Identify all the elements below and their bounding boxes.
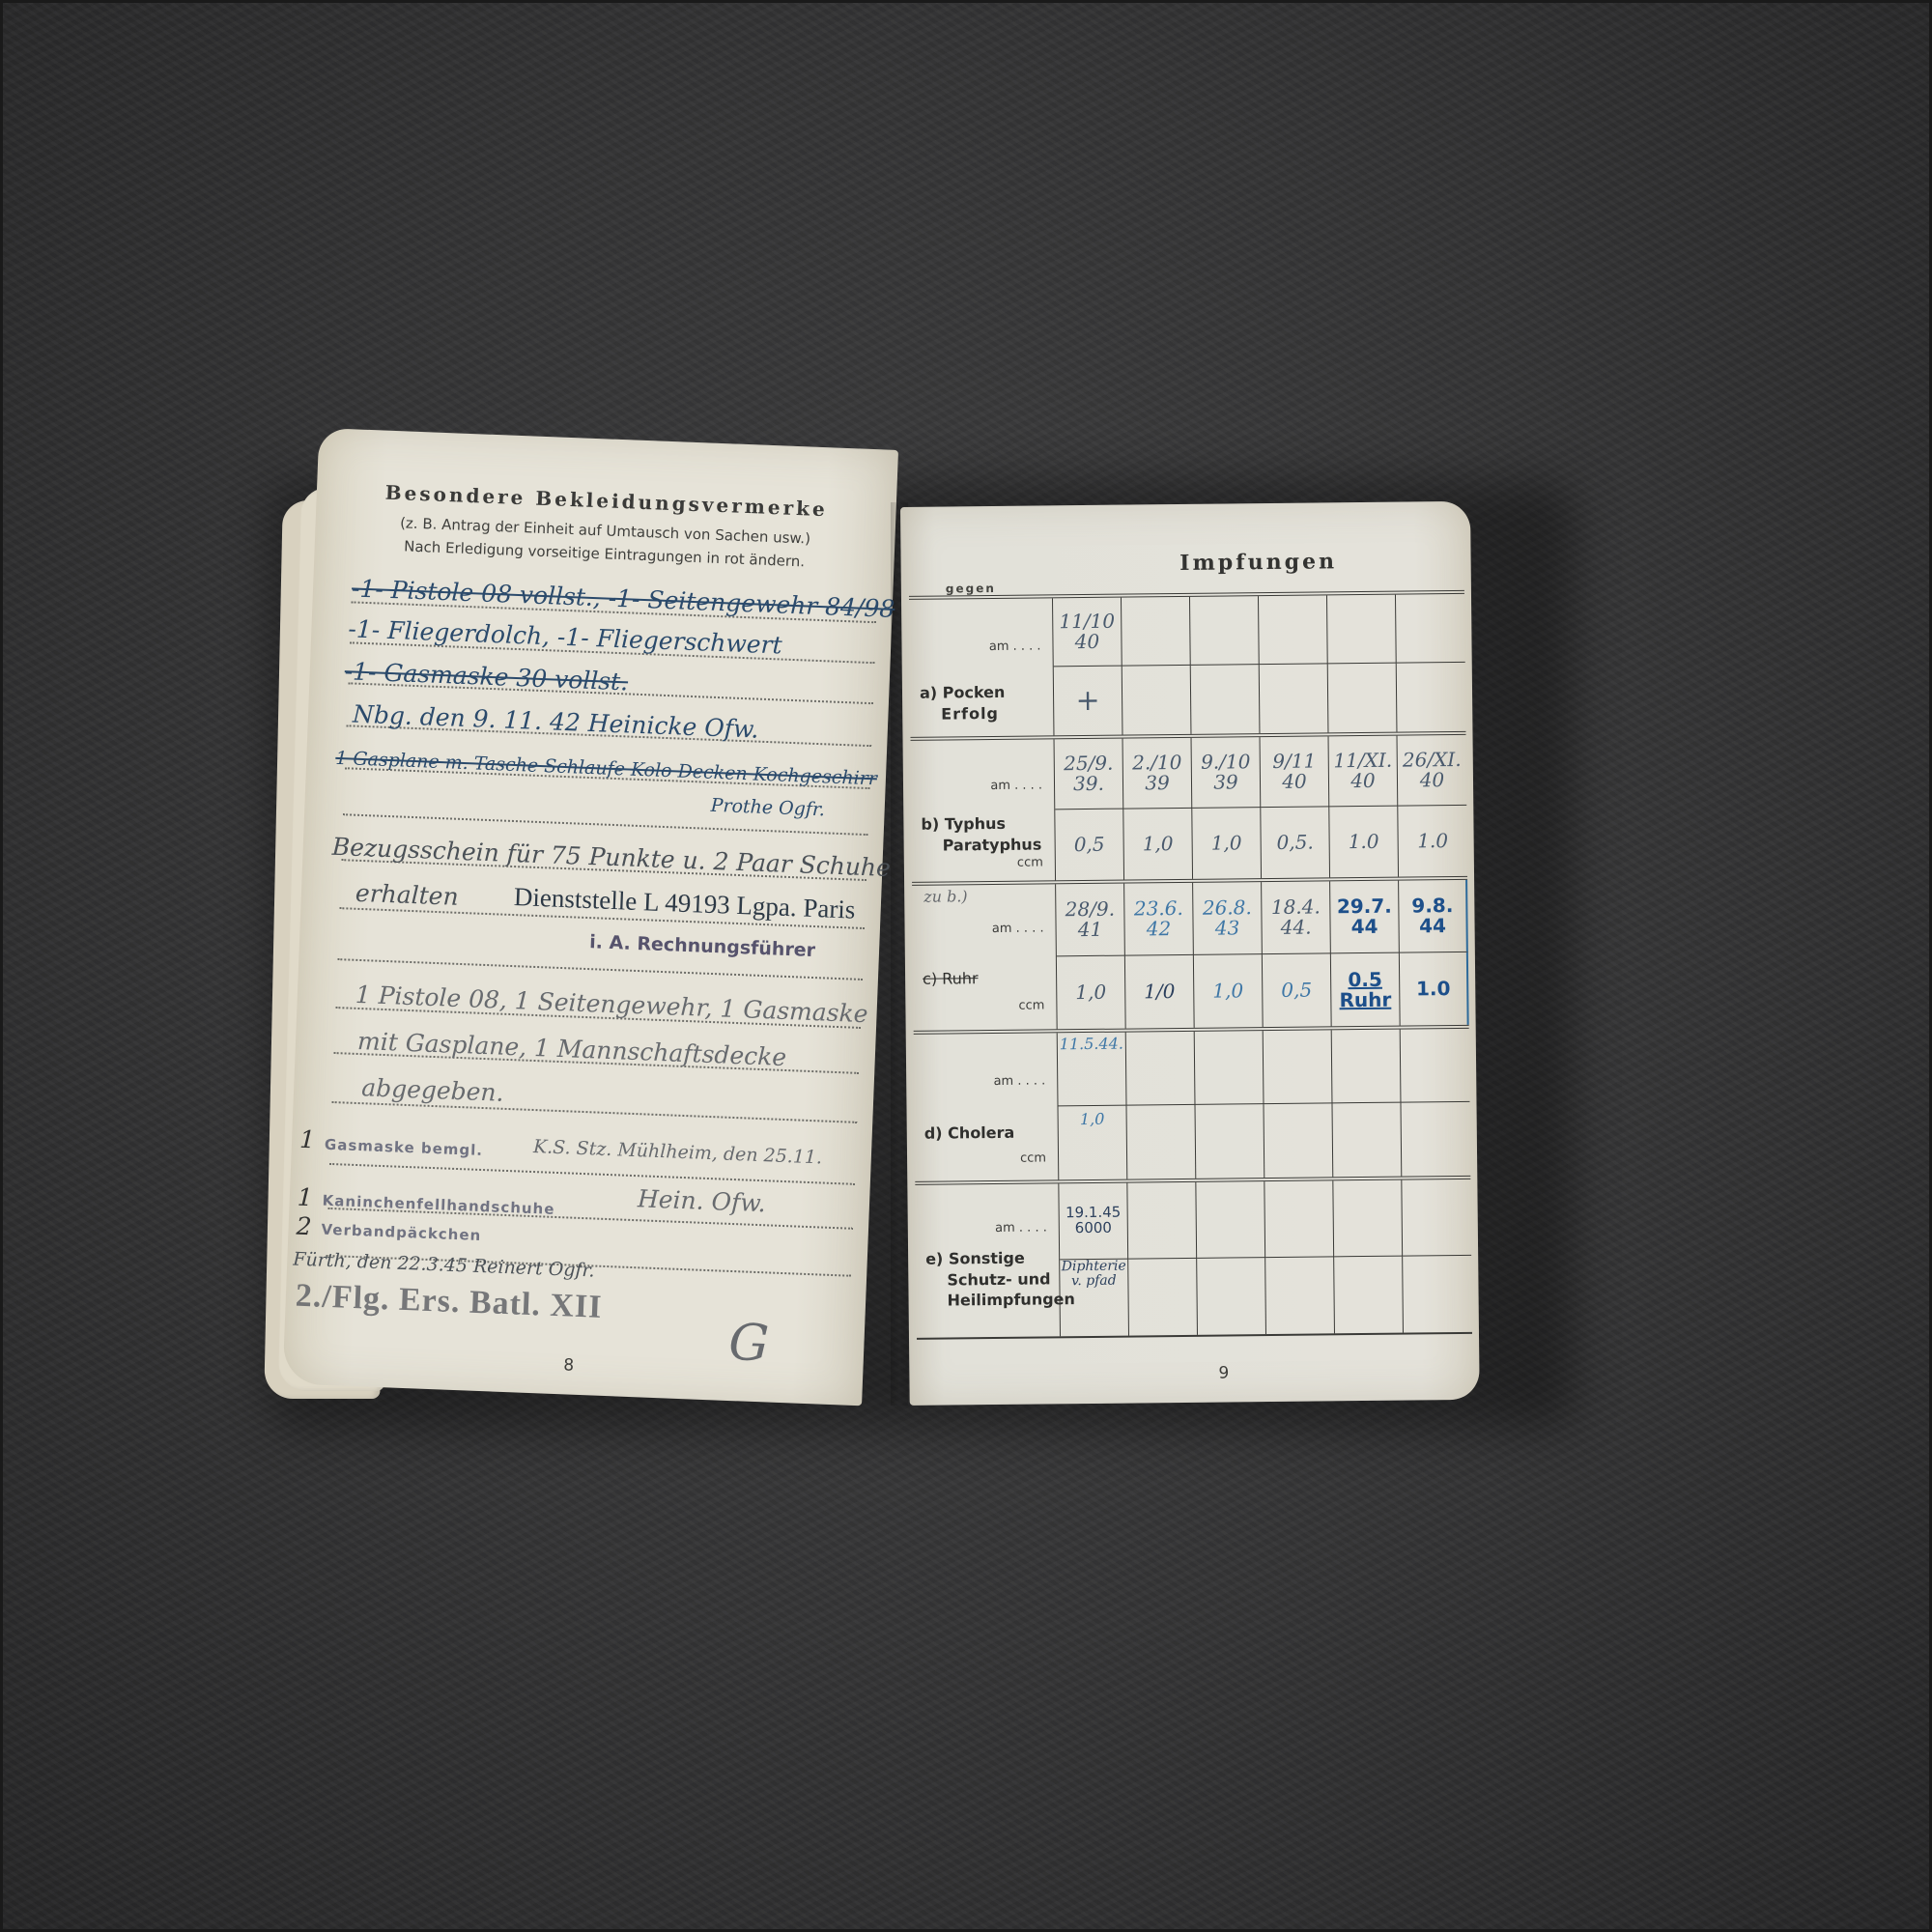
vaccine-name: d) Cholera <box>924 1122 1015 1145</box>
value-cell <box>1260 664 1329 733</box>
entry-line: -1- Gasmaske 30 vollst. <box>344 657 628 696</box>
value-cell <box>1265 1257 1335 1334</box>
item-stamp: Gasmaske bemgl. <box>325 1136 484 1159</box>
date-cell <box>1333 1180 1403 1258</box>
date-cell: 26/XI. 40 <box>1398 735 1467 807</box>
am-label: am . . . . <box>993 1073 1045 1089</box>
entry-line: -1- Pistole 08 vollst., -1- Seitengewehr… <box>352 574 895 623</box>
am-label: am . . . . <box>990 778 1042 793</box>
date-cell: 11/10 40 <box>1053 598 1122 668</box>
dose-cell: 0,5 <box>1055 810 1124 881</box>
date-cell: 11/XI. 40 <box>1329 736 1399 808</box>
vaccine-section-pocken: am . . . . a) Pocken Erfolg 11/10 40 <box>909 590 1465 737</box>
dose-cell: 1,0 <box>1192 808 1262 879</box>
date-cell: 23.6. 42 <box>1124 883 1194 956</box>
date-cell: 29.7. 44 <box>1330 881 1400 954</box>
am-label: am . . . . <box>995 1220 1047 1236</box>
vaccine-name: a) Pocken Erfolg <box>920 682 1006 724</box>
vaccine-section-ruhr: zu b.) am . . . . c) Ruhr ccm 28/9. 41 2… <box>912 876 1469 1031</box>
date-cell <box>1127 1182 1197 1260</box>
dose-cell: 1.0 <box>1398 806 1467 877</box>
dose-cell: 0.5 Ruhr <box>1331 953 1401 1027</box>
value-cell <box>1403 1256 1472 1333</box>
page-title: Impfungen <box>1045 548 1470 578</box>
date-cell <box>1259 595 1328 665</box>
vaccine-section-typhus: am . . . . b) Typhus Paratyphus ccm 25/9… <box>910 731 1467 882</box>
date-cell <box>1264 1030 1333 1104</box>
date-cell <box>1396 594 1465 664</box>
page-9: Impfungen gegen am . . . . a) Pocken Erf… <box>900 501 1480 1406</box>
vaccine-name: b) Typhus Paratyphus <box>921 812 1041 855</box>
value-cell <box>1334 1257 1404 1334</box>
entry-line: -1- Fliegerdolch, -1- Fliegerschwert <box>348 614 782 659</box>
date-cell: 11.5.44. <box>1058 1033 1127 1107</box>
date-cell: 19.1.45 6000 <box>1059 1183 1128 1261</box>
dose-cell: 1,0 <box>1123 809 1193 880</box>
date-cell: 9/11 40 <box>1261 736 1330 808</box>
dose-cell <box>1195 1104 1264 1179</box>
vaccine-name: c) Ruhr <box>923 968 979 989</box>
entry-line: K.S. Stz. Mühlheim, den 25.11. <box>533 1136 823 1168</box>
date-cell <box>1332 1030 1402 1104</box>
entry-line: Fürth, den 22.3.45 Reinert Ogfr. <box>293 1249 595 1282</box>
item-qty: 1 <box>299 1125 316 1154</box>
dose-cell <box>1401 1102 1470 1177</box>
date-cell <box>1122 597 1191 667</box>
date-cell <box>1327 595 1397 665</box>
entry-line: 1 Pistole 08, 1 Seitengewehr, 1 Gasmaske <box>355 980 868 1028</box>
office-stamp: Dienststelle L 49193 Lgpa. Paris <box>513 882 856 925</box>
ruled-line <box>332 1101 858 1123</box>
dose-cell: 1.0 <box>1400 952 1469 1026</box>
entry-signature: Prothe Ogfr. <box>710 795 825 821</box>
date-cell: 9.8. 44 <box>1399 880 1468 953</box>
date-cell: 2./10 39 <box>1123 738 1193 810</box>
item-qty: 1 <box>297 1183 313 1212</box>
entry-signature: Hein. Ofw. <box>638 1184 767 1217</box>
ruled-line <box>337 958 863 980</box>
item-stamp: Kaninchenfellhandschuhe <box>322 1192 554 1218</box>
date-cell <box>1126 1032 1196 1106</box>
page-number: 9 <box>1218 1363 1229 1382</box>
entry-line: abgegeben. <box>361 1073 504 1107</box>
date-cell: 26.8. 43 <box>1193 882 1263 955</box>
dose-cell: 1.0 <box>1329 807 1399 878</box>
value-cell <box>1197 1258 1266 1335</box>
page-number: 8 <box>563 1355 575 1375</box>
dose-cell <box>1264 1103 1333 1178</box>
ccm-label: ccm <box>1018 998 1044 1012</box>
date-cell: 9./10 39 <box>1192 737 1262 809</box>
vaccine-note-cell: Diphterie v. pfad <box>1060 1260 1129 1337</box>
dose-cell: 1,0 <box>1057 956 1126 1030</box>
ccm-label: ccm <box>1017 855 1043 869</box>
entry-line: 1 Gasplane m. Tasche Schlaufe Kolo Decke… <box>335 748 877 790</box>
date-cell <box>1402 1179 1471 1257</box>
entry-line: erhalten <box>355 879 459 911</box>
date-cell <box>1264 1180 1334 1258</box>
section-note: zu b.) <box>923 887 968 905</box>
ccm-label: ccm <box>1020 1151 1046 1165</box>
value-cell <box>1128 1259 1198 1336</box>
entry-line: Bezugsschein für 75 Punkte u. 2 Paar Sch… <box>331 833 891 882</box>
vaccine-name: e) Sonstige Schutz- und Heilimpfungen <box>925 1247 1075 1311</box>
initial-mark: G <box>727 1314 770 1374</box>
column-header: gegen <box>946 582 996 596</box>
date-cell: 28/9. 41 <box>1056 884 1125 957</box>
date-cell <box>1190 596 1260 666</box>
item-stamp: Verbandpäckchen <box>321 1221 481 1244</box>
dose-cell <box>1332 1103 1402 1178</box>
am-label: am . . . . <box>989 639 1041 654</box>
date-cell <box>1401 1029 1470 1103</box>
accountant-stamp: i. A. Rechnungsführer <box>589 931 816 961</box>
page-8: Besondere Bekleidungsvermerke (z. B. Ant… <box>282 428 898 1406</box>
date-cell <box>1196 1181 1265 1259</box>
vaccine-section-cholera: am . . . . d) Cholera ccm 11.5.44. <box>914 1025 1471 1181</box>
soldbuch-open: 2 Besondere Bekleidungsvermerke (z. B. A… <box>0 0 1932 1932</box>
vaccine-section-sonstige: am . . . . e) Sonstige Schutz- und Heili… <box>915 1176 1472 1340</box>
dose-cell: 1,0 <box>1194 954 1264 1028</box>
value-cell <box>1397 663 1466 732</box>
dose-cell: 1/0 <box>1125 955 1195 1029</box>
value-cell <box>1328 664 1398 733</box>
date-cell <box>1195 1031 1264 1105</box>
dose-cell <box>1127 1105 1197 1179</box>
item-qty: 2 <box>296 1212 312 1241</box>
value-cell <box>1122 666 1192 735</box>
entry-line: Nbg. den 9. 11. 42 Heinicke Ofw. <box>353 700 759 744</box>
date-cell: 25/9. 39. <box>1055 739 1124 810</box>
vaccination-table: am . . . . a) Pocken Erfolg 11/10 40 <box>909 590 1472 1340</box>
value-cell: + <box>1054 667 1123 736</box>
value-cell <box>1191 665 1261 734</box>
unit-stamp: 2./Flg. Ers. Batl. XII <box>295 1278 603 1326</box>
dose-cell: 0,5 <box>1263 953 1332 1027</box>
am-label: am . . . . <box>992 921 1044 936</box>
date-cell: 18.4. 44. <box>1262 881 1331 954</box>
dose-cell: 0,5. <box>1261 807 1330 878</box>
dose-cell: 1,0 <box>1059 1106 1128 1180</box>
entry-line: mit Gasplane, 1 Mannschaftsdecke <box>357 1027 787 1071</box>
